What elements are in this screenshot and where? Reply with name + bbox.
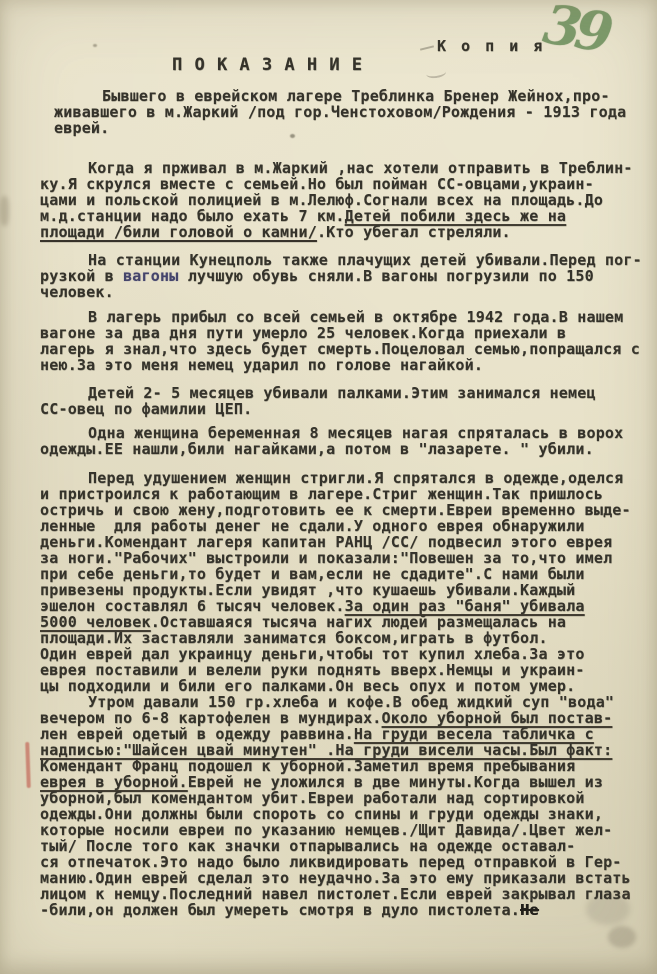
text-segment: Детей 2- 5 месяцев убивали палками.Этим … — [40, 384, 596, 418]
paper-speck — [93, 44, 97, 47]
document-body: Бывшего в еврейском лагере Треблинка Бре… — [40, 88, 646, 918]
underlined-passage: площади /били головой о камни/ — [40, 223, 317, 241]
paragraph: Перед удушением женщин стригли.Я спрятал… — [40, 470, 646, 694]
paragraph: Детей 2- 5 месяцев убивали палками.Этим … — [40, 385, 646, 417]
paragraph: Бывшего в еврейском лагере Треблинка Бре… — [54, 88, 646, 136]
pencil-mark — [420, 45, 434, 50]
copy-label: К о п и я — [437, 37, 545, 55]
text-segment: Не — [520, 901, 538, 919]
paragraph: На станции Кунецполь также плачущих дете… — [40, 252, 646, 300]
paragraph: Одна женщина беременная 8 месяцев нагая … — [40, 425, 646, 457]
text-segment: Еврей не уложился в две минуты.Когда выш… — [40, 773, 631, 919]
scanned-document-page: 39 К о п и я П О К А З А Н И Е Бывшего в… — [0, 0, 657, 974]
text-segment: .Кто убегал стреляли. — [317, 223, 511, 241]
text-segment: В лагерь прибыл со всей семьей в октябре… — [40, 308, 640, 374]
text-segment: Бывшего в еврейском лагере Треблинка Бре… — [54, 87, 626, 137]
red-margin-mark — [25, 742, 31, 788]
paragraph: Утром давали 150 гр.хлеба и кофе.В обед … — [40, 694, 646, 918]
text-segment: вагоны — [123, 267, 178, 285]
handwritten-page-number: 39 — [539, 0, 611, 65]
paragraph: Когда я прживал в м.Жаркий ,нас хотели о… — [40, 160, 646, 240]
text-segment: Одна женщина беременная 8 месяцев нагая … — [40, 424, 623, 458]
paper-smudge — [608, 926, 636, 948]
text-segment: Перед удушением женщин стригли.Я спрятал… — [40, 469, 631, 615]
page-title: П О К А З А Н И Е — [172, 55, 363, 75]
paper-smudge — [0, 196, 9, 226]
pencil-mark — [425, 67, 446, 80]
paragraph: В лагерь прибыл со всей семьей в октябре… — [40, 309, 646, 373]
